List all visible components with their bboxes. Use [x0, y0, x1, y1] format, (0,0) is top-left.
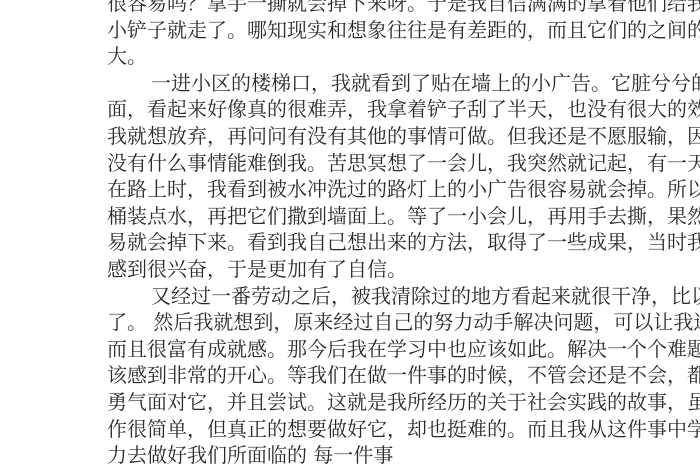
text-line: 力去做好我们所面临的 每一件事 [107, 442, 591, 469]
text-line: 一进小区的楼梯口，我就看到了贴在墙上的小广告。它脏兮兮的粘在墙上 [107, 70, 591, 97]
text-line: 很容易吗？拿手一撕就会掉下来呀。于是我自信满满的拿着他们给我的水桶和 [107, 0, 591, 17]
text-line: 我就想放弃，再问问有没有其他的事情可做。但我还是不愿服输，因为一直都 [107, 123, 591, 150]
text-line: 没有什么事情能难倒我。苦思冥想了一会儿，我突然就记起，有一天在下雨走 [107, 150, 591, 177]
document-page: 很容易吗？拿手一撕就会掉下来呀。于是我自信满满的拿着他们给我的水桶和小铲子就走了… [0, 0, 700, 470]
text-line: 又经过一番劳动之后，被我清除过的地方看起来就很干净，比以前整洁多 [107, 283, 591, 310]
text-line: 而且很富有成就感。那今后我在学习中也应该如此。解决一个个难题时，也应 [107, 336, 591, 363]
text-line: 在路上时，我看到被水冲洗过的路灯上的小广告很容易就会掉。所以我先用水 [107, 176, 591, 203]
text-line: 大。 [107, 43, 591, 70]
text-line: 面，看起来好像真的很难弄，我拿着铲子刮了半天，也没有很大的效果。本来 [107, 96, 591, 123]
text-line: 该感到非常的开心。等我们在做一件事的时候，不管会还是不会，都应该鼓起 [107, 362, 591, 389]
text-line: 感到很兴奋，于是更加有了自信。 [107, 256, 591, 283]
text-line: 桶装点水，再把它们撒到墙面上。等了一小会儿，再用手去撕，果然它们很容 [107, 203, 591, 230]
text-line: 了。 然后我就想到，原来经过自己的努力动手解决问题，可以让我这么开心， [107, 309, 591, 336]
text-line: 小铲子就走了。哪知现实和想象往往是有差距的，而且它们的之间的差距还很 [107, 17, 591, 44]
text-line: 易就会掉下来。看到我自己想出来的方法，取得了一些成果，当时我的心里就 [107, 229, 591, 256]
text-line: 作很简单，但真正的想要做好它，却也挺难的。而且我从这件事中学会了要努 [107, 416, 591, 443]
text-line: 勇气面对它，并且尝试。这就是我所经历的关于社会实践的故事，虽然我的工 [107, 389, 591, 416]
essay-body-text: 很容易吗？拿手一撕就会掉下来呀。于是我自信满满的拿着他们给我的水桶和小铲子就走了… [107, 0, 591, 469]
